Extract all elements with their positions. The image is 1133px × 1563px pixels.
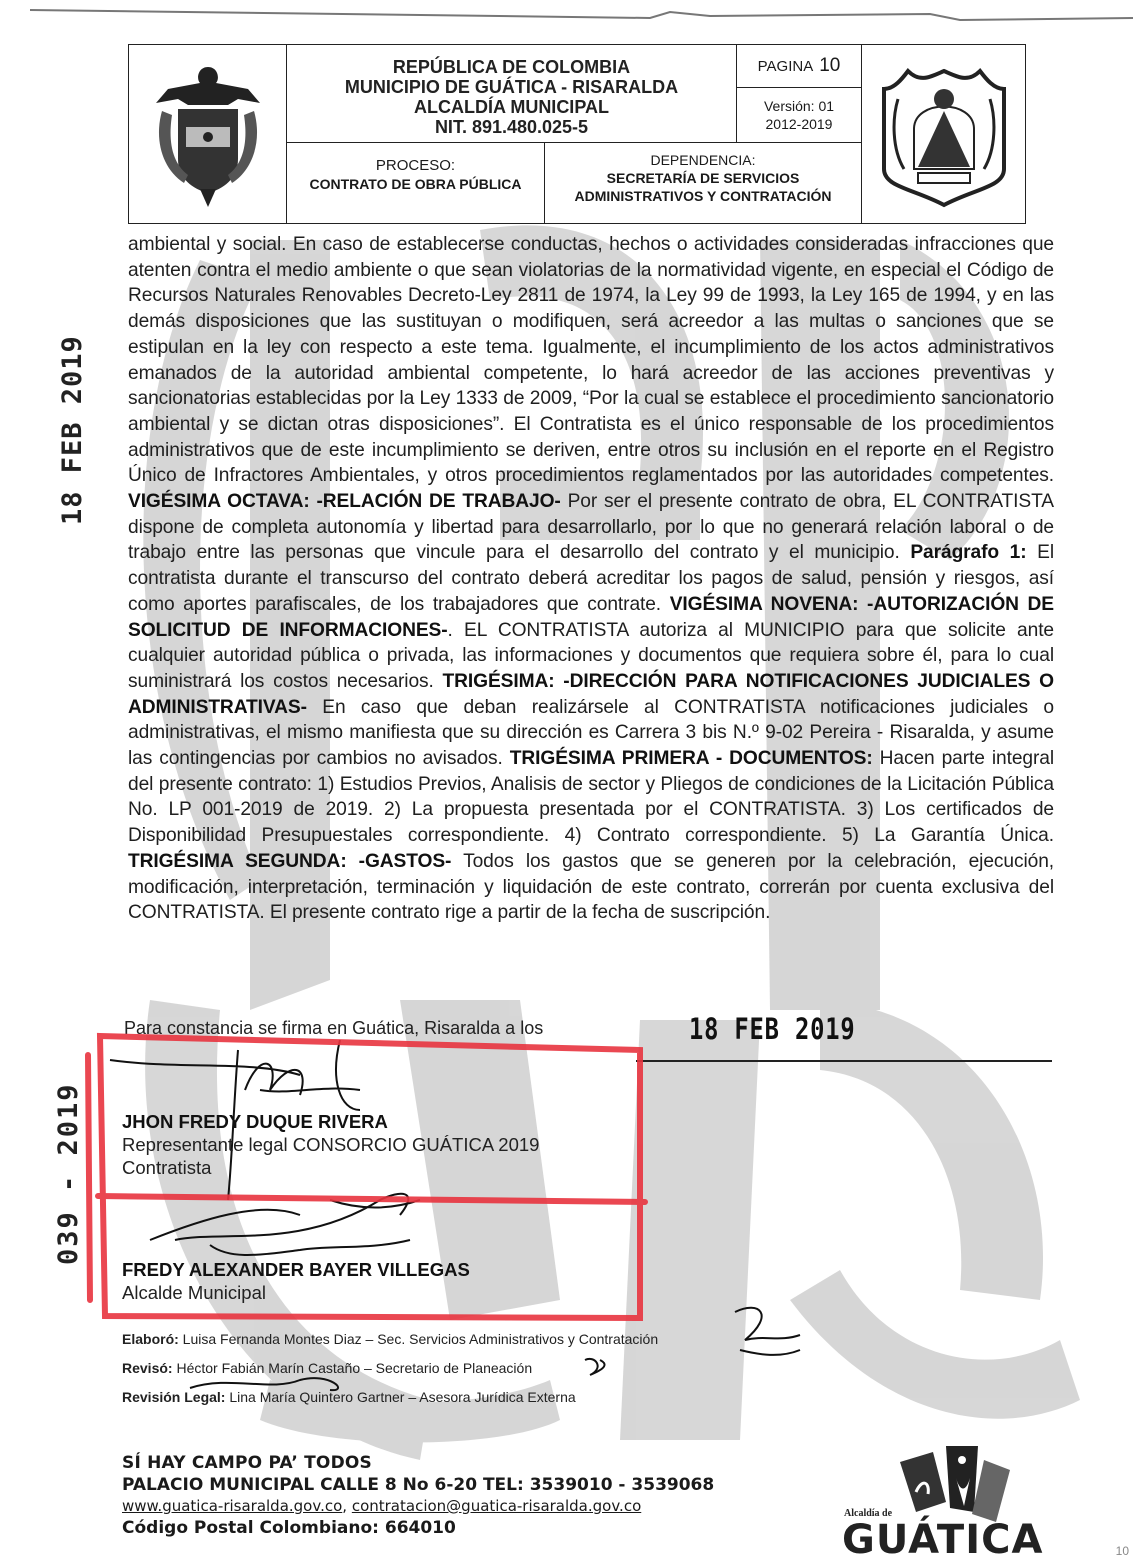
credit-text: Héctor Fabián Marín Castaño – Secretario… — [173, 1360, 533, 1376]
email-link[interactable]: contratacion@guatica-risaralda.gov.co — [352, 1497, 641, 1515]
scan-edge-line — [30, 8, 1133, 22]
page-footer: SÍ HAY CAMPO PA’ TODOS PALACIO MUNICIPAL… — [122, 1452, 714, 1539]
signer-role: Contratista — [122, 1156, 539, 1179]
proceso-value: CONTRATO DE OBRA PÚBLICA — [287, 175, 544, 193]
dependencia-value: ADMINISTRATIVOS Y CONTRATACIÓN — [545, 187, 861, 205]
signer-name: JHON FREDY DUQUE RIVERA — [122, 1110, 539, 1133]
revision-credits: Elaboró: Luisa Fernanda Montes Diaz – Se… — [122, 1325, 658, 1412]
contract-paragraph: ambiental y social. En caso de establece… — [128, 232, 1054, 926]
corner-page-number: 10 — [1116, 1544, 1129, 1558]
page-label: PAGINA — [758, 58, 814, 75]
credit-text: Luisa Fernanda Montes Diaz – Sec. Servic… — [179, 1331, 658, 1347]
version-label: Versión: 01 — [764, 97, 834, 115]
signer-role: Representante legal CONSORCIO GUÁTICA 20… — [122, 1133, 539, 1156]
right-logo-cell — [862, 45, 1025, 223]
footer-address: PALACIO MUNICIPAL CALLE 8 No 6-20 TEL: 3… — [122, 1474, 714, 1496]
contract-number-stamp: 039 - 2019 — [53, 1065, 83, 1265]
logo-name: GUÁTICA — [842, 1520, 1043, 1560]
page-number: 10 — [819, 55, 840, 77]
margin-date-stamp: 18 FEB 2019 — [57, 345, 87, 525]
footer-contacts: www.guatica-risaralda.gov.co, contrataci… — [122, 1496, 714, 1517]
guatica-logo: Alcaldía de GUÁTICA — [838, 1442, 1038, 1563]
version-info: Versión: 01 2012-2019 — [737, 88, 861, 142]
signing-statement: Para constancia se firma en Guática, Ris… — [124, 1018, 1054, 1039]
contract-body: ambiental y social. En caso de establece… — [128, 232, 1054, 926]
clause-heading: TRIGÉSIMA SEGUNDA: -GASTOS- — [128, 851, 451, 872]
dependencia-value: SECRETARÍA DE SERVICIOS — [545, 169, 861, 187]
page-info-cell: PAGINA 10 Versión: 01 2012-2019 — [737, 45, 862, 143]
title-line: NIT. 891.480.025-5 — [287, 117, 736, 137]
credit-role: Revisó: — [122, 1360, 173, 1376]
left-logo-cell — [129, 45, 287, 223]
dependencia-cell: DEPENDENCIA: SECRETARÍA DE SERVICIOS ADM… — [545, 143, 861, 223]
signer-mayor: FREDY ALEXANDER BAYER VILLEGAS Alcalde M… — [122, 1258, 470, 1304]
title-line: MUNICIPIO DE GUÁTICA - RISARALDA — [287, 77, 736, 97]
document-header: REPÚBLICA DE COLOMBIA MUNICIPIO DE GUÁTI… — [128, 44, 1026, 224]
signature-date-line — [636, 1060, 1052, 1062]
clause-text: ambiental y social. En caso de establece… — [128, 234, 1054, 486]
proceso-label: PROCESO: — [287, 157, 544, 175]
footer-slogan: SÍ HAY CAMPO PA’ TODOS — [122, 1452, 714, 1474]
colombia-coat-of-arms-icon — [148, 59, 268, 209]
signer-contractor: JHON FREDY DUQUE RIVERA Representante le… — [122, 1110, 539, 1179]
header-title: REPÚBLICA DE COLOMBIA MUNICIPIO DE GUÁTI… — [287, 45, 737, 143]
footer-postal-code: Código Postal Colombiano: 664010 — [122, 1517, 714, 1539]
constancia-text: Para constancia se firma en Guática, Ris… — [124, 1018, 543, 1038]
credit-line: Elaboró: Luisa Fernanda Montes Diaz – Se… — [122, 1325, 658, 1354]
signer-role: Alcalde Municipal — [122, 1281, 470, 1304]
clause-heading: VIGÉSIMA OCTAVA: -RELACIÓN DE TRABAJO- — [128, 491, 561, 512]
page-indicator: PAGINA 10 — [737, 45, 861, 88]
credit-role: Elaboró: — [122, 1331, 179, 1347]
title-line: REPÚBLICA DE COLOMBIA — [287, 57, 736, 77]
signer-name: FREDY ALEXANDER BAYER VILLEGAS — [122, 1258, 470, 1281]
title-line: ALCALDÍA MUNICIPAL — [287, 97, 736, 117]
credit-line: Revisó: Héctor Fabián Marín Castaño – Se… — [122, 1354, 658, 1383]
clause-heading: TRIGÉSIMA PRIMERA - DOCUMENTOS: — [510, 748, 873, 769]
credit-line: Revisión Legal: Lina María Quintero Gart… — [122, 1383, 658, 1412]
process-row: PROCESO: CONTRATO DE OBRA PÚBLICA DEPEND… — [287, 143, 862, 223]
proceso-cell: PROCESO: CONTRATO DE OBRA PÚBLICA — [287, 143, 545, 223]
clause-heading: Parágrafo 1: — [910, 542, 1026, 563]
website-link[interactable]: www.guatica-risaralda.gov.co — [122, 1497, 342, 1515]
credit-role: Revisión Legal: — [122, 1389, 225, 1405]
date-stamp: 18 FEB 2019 — [689, 1012, 856, 1046]
dependencia-label: DEPENDENCIA: — [545, 151, 861, 169]
guatica-shield-icon — [874, 59, 1014, 209]
credit-text: Lina María Quintero Gartner – Asesora Ju… — [225, 1389, 575, 1405]
version-years: 2012-2019 — [766, 115, 833, 133]
